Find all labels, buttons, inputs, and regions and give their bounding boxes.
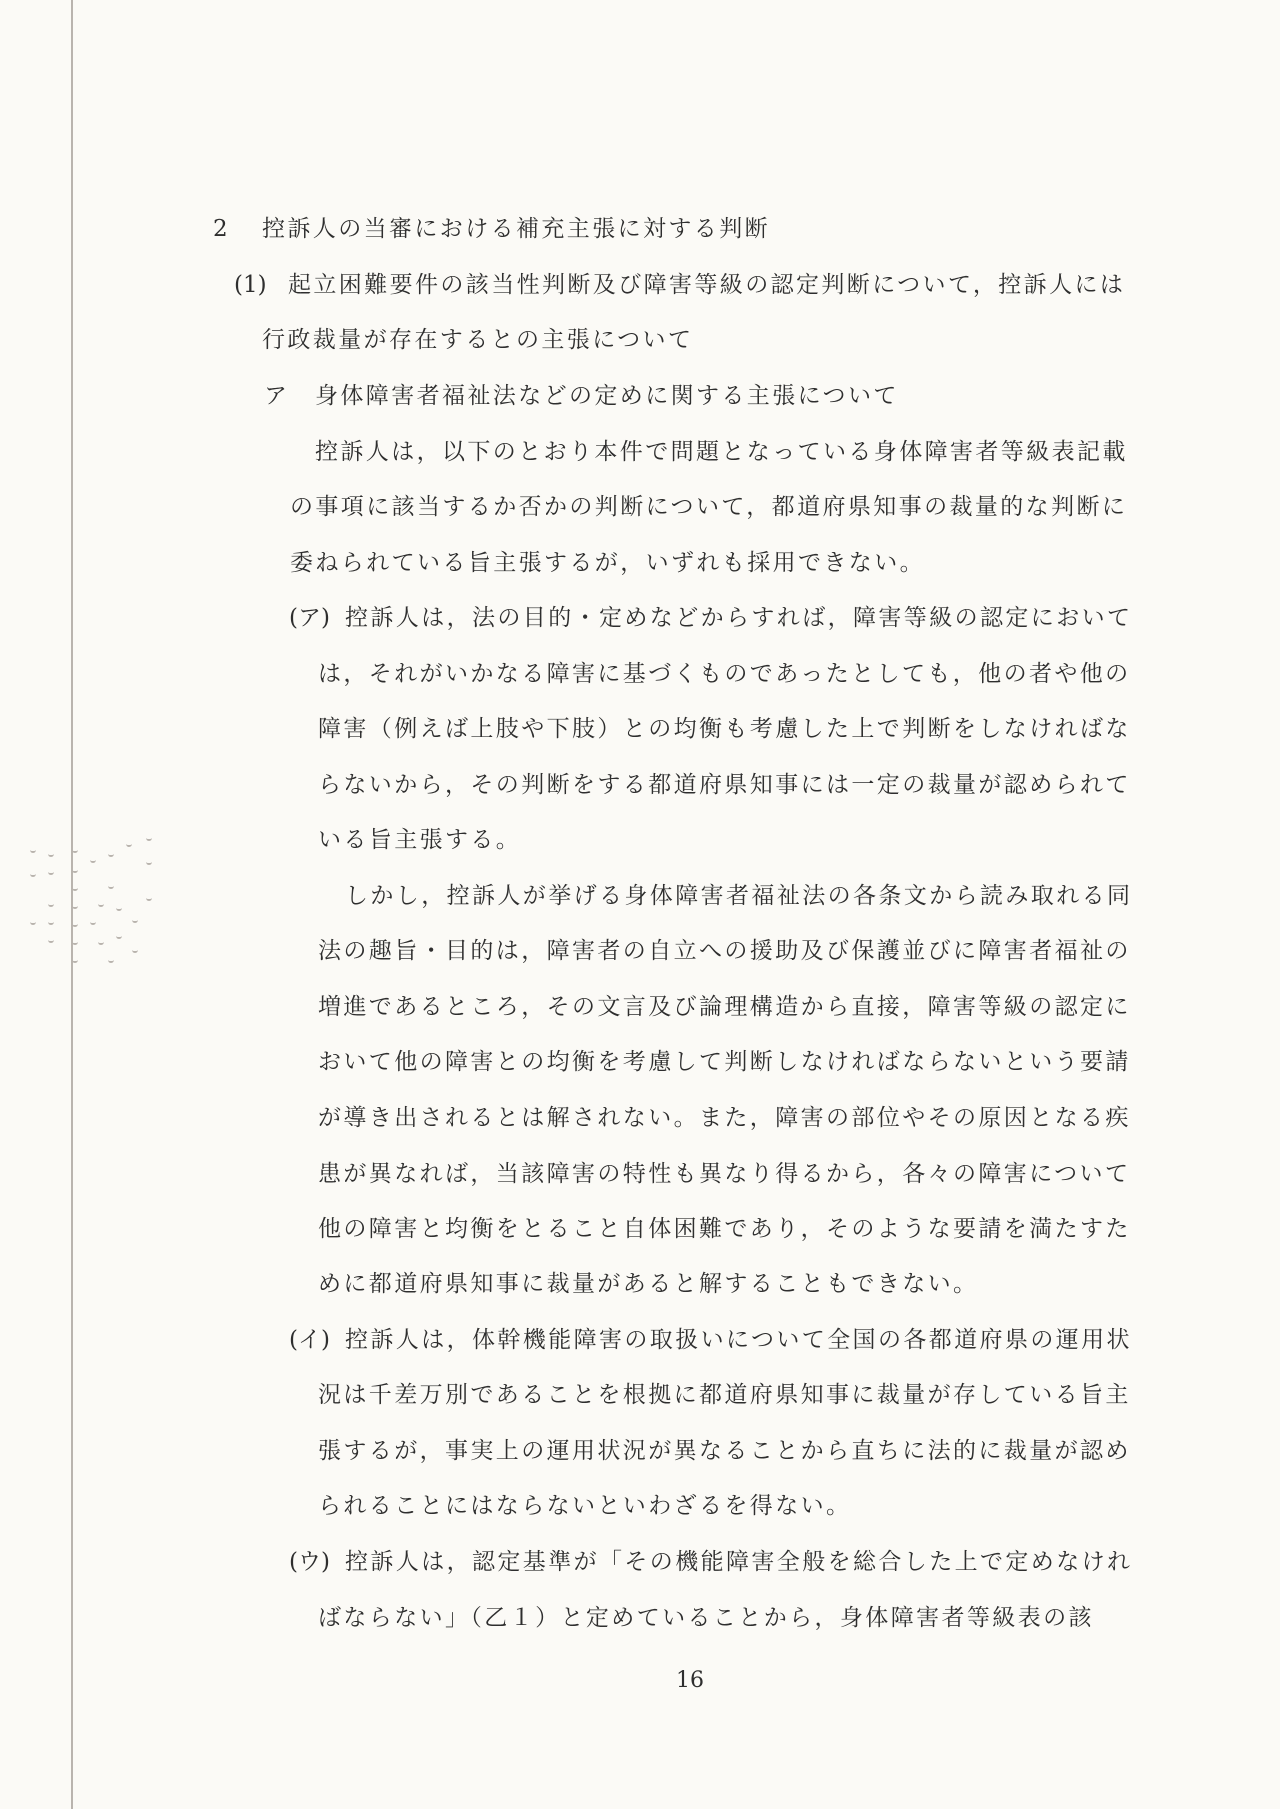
paragraph-line: ばならない」（乙１）と定めていることから，身体障害者等級表の該 [318, 1603, 1094, 1633]
paragraph-line: 他の障害と均衡をとること自体困難であり，そのような要請を満たすた [318, 1214, 1131, 1244]
paragraph-line: 控訴人は，以下のとおり本件で問題となっている身体障害者等級表記載 [315, 437, 1128, 467]
paragraph-line: 控訴人は，認定基準が「その機能障害全般を総合した上で定めなけれ [345, 1547, 1132, 1577]
item-a-marker: ア [264, 381, 287, 411]
paragraph-line: られることにはならないといわざるを得ない。 [318, 1491, 851, 1521]
point-u-marker: (ウ) [289, 1547, 330, 1577]
paragraph-line: めに都道府県知事に裁量があると解することもできない。 [318, 1269, 978, 1299]
section-heading: 控訴人の当審における補充主張に対する判断 [262, 214, 770, 244]
paragraph-line: しかし，控訴人が挙げる身体障害者福祉法の各条文から読み取れる同 [345, 881, 1132, 911]
paragraph-line: 委ねられている旨主張するが，いずれも採用できない。 [290, 548, 925, 578]
paragraph-line: 控訴人は，体幹機能障害の取扱いについて全国の各都道府県の運用状 [345, 1325, 1132, 1355]
page-number: 16 [0, 1666, 1280, 1696]
paragraph-line: 障害（例えば上肢や下肢）との均衡も考慮した上で判断をしなければな [318, 714, 1131, 744]
punch-hole-marks [28, 830, 158, 980]
section-number: 2 [213, 214, 228, 244]
point-i-marker: (イ) [289, 1325, 330, 1355]
point-a-marker: (ア) [289, 603, 330, 633]
paragraph-line: 況は千差万別であることを根拠に都道府県知事に裁量が存している旨主 [318, 1380, 1131, 1410]
paragraph-line: いる旨主張する。 [318, 825, 521, 855]
paragraph-line: 張するが，事実上の運用状況が異なることから直ちに法的に裁量が認め [318, 1436, 1131, 1466]
subsection-heading-line1: 起立困難要件の該当性判断及び障害等級の認定判断について，控訴人には [288, 270, 1125, 300]
paragraph-line: の事項に該当するか否かの判断について，都道府県知事の裁量的な判断に [290, 492, 1127, 522]
paragraph-line: 控訴人は，法の目的・定めなどからすれば，障害等級の認定において [345, 603, 1132, 633]
paragraph-line: おいて他の障害との均衡を考慮して判断しなければならないという要請 [318, 1047, 1131, 1077]
paragraph-line: は，それがいかなる障害に基づくものであったとしても，他の者や他の [318, 659, 1131, 689]
paragraph-line: らないから，その判断をする都道府県知事には一定の裁量が認められて [318, 770, 1131, 800]
item-a-heading: 身体障害者福祉法などの定めに関する主張について [315, 381, 899, 411]
subsection-number: (1) [234, 270, 267, 300]
paragraph-line: が導き出されるとは解されない。また，障害の部位やその原因となる疾 [318, 1103, 1131, 1133]
paragraph-line: 増進であるところ，その文言及び論理構造から直接，障害等級の認定に [318, 992, 1131, 1022]
paragraph-line: 患が異なれば，当該障害の特性も異なり得るから，各々の障害について [318, 1159, 1130, 1189]
subsection-heading-line2: 行政裁量が存在するとの主張について [262, 325, 693, 355]
paragraph-line: 法の趣旨・目的は，障害者の自立への援助及び保護並びに障害者福祉の [318, 936, 1131, 966]
